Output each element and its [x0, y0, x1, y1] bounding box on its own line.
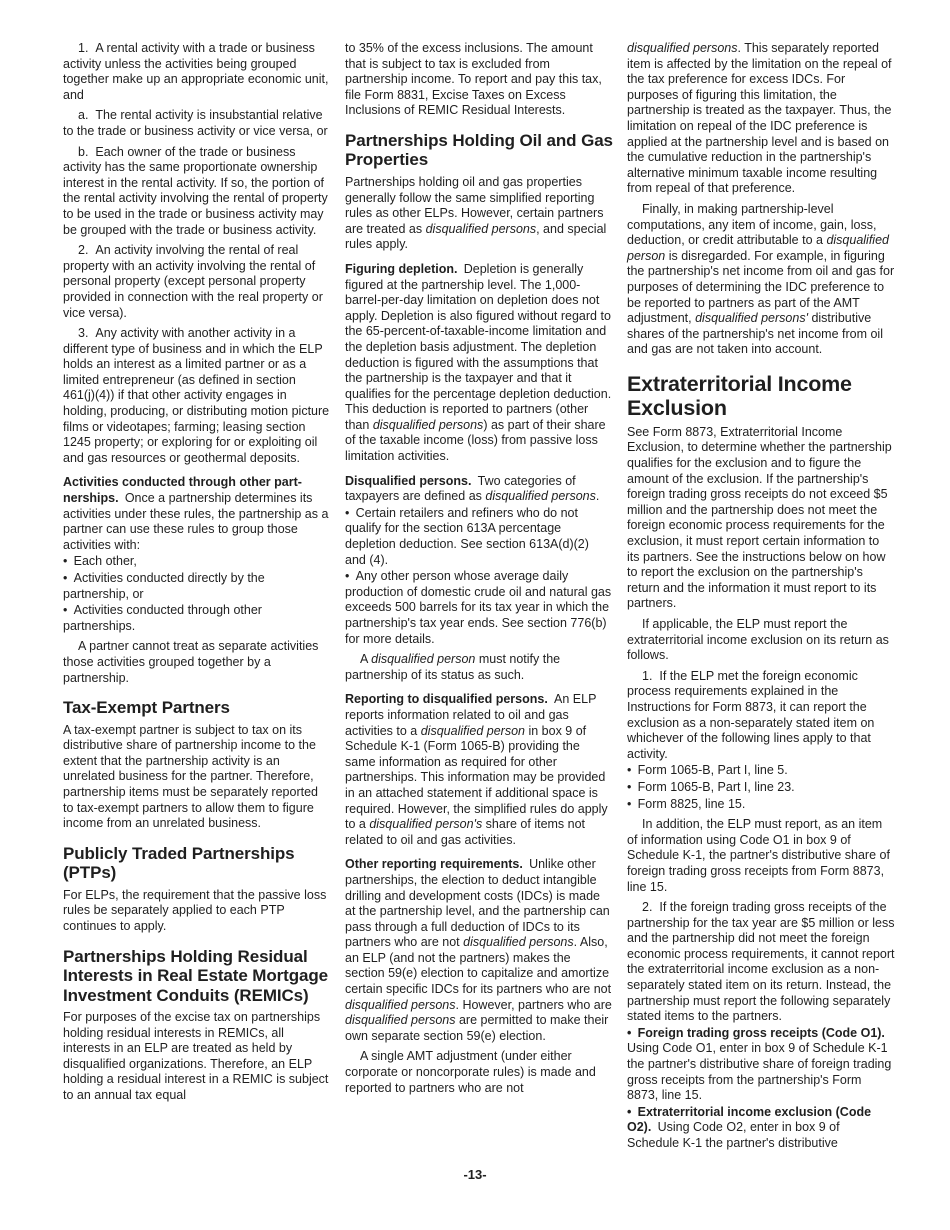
bullet-item: • Extraterritorial income exclusion (Cod…	[627, 1105, 895, 1152]
paragraph: Finally, in making partnership-level com…	[627, 202, 895, 358]
bullet-marker-icon: •	[345, 506, 356, 520]
paragraph: 1. If the ELP met the foreign economic p…	[627, 669, 895, 763]
text-run: Publicly Traded Partnerships (PTPs)	[63, 844, 295, 883]
text-run: 2. An activity involving the rental of r…	[63, 243, 323, 319]
text-run: disqualified persons'	[695, 311, 808, 325]
text-run: Figuring depletion.	[345, 262, 464, 276]
paragraph: disqualified persons. This separately re…	[627, 41, 895, 197]
text-run: in box 9 of Schedule K-1 (Form 1065-B) p…	[345, 724, 608, 832]
paragraph: to 35% of the excess inclusions. The amo…	[345, 41, 613, 119]
text-run: a. The rental activity is insubstantial …	[63, 108, 328, 138]
content-columns: 1. A rental activity with a trade or bus…	[63, 41, 895, 1152]
text-run: 2. If the foreign trading gross receipts…	[627, 900, 895, 1023]
text-run: 3. Any activity with another activity in…	[63, 326, 329, 465]
text-run: disqualified person's	[369, 817, 482, 831]
paragraph: For purposes of the excise tax on partne…	[63, 1010, 331, 1104]
document-page: 1. A rental activity with a trade or bus…	[0, 0, 950, 1230]
text-run: Foreign trading gross receipts (Code O1)…	[638, 1026, 892, 1040]
paragraph: 1. A rental activity with a trade or bus…	[63, 41, 331, 103]
bullet-marker-icon: •	[345, 569, 356, 583]
paragraph: 3. Any activity with another activity in…	[63, 326, 331, 466]
bullet-item: • Form 8825, line 15.	[627, 797, 895, 813]
paragraph: In addition, the ELP must report, as an …	[627, 817, 895, 895]
text-run: For purposes of the excise tax on partne…	[63, 1010, 328, 1102]
bullet-item: • Form 1065-B, Part I, line 23.	[627, 780, 895, 796]
text-run: Activities conducted through other partn…	[63, 603, 262, 633]
text-run: Activities conducted directly by the par…	[63, 571, 265, 601]
section-heading: Publicly Traded Partnerships (PTPs)	[63, 844, 331, 883]
column-3: disqualified persons. This separately re…	[627, 41, 895, 1152]
major-heading: Extraterritorial Income Exclusion	[627, 372, 895, 420]
text-run: Other reporting requirements.	[345, 857, 529, 871]
paragraph: A disqualified person must notify the pa…	[345, 652, 613, 683]
text-run: Tax-Exempt Partners	[63, 698, 230, 717]
text-run: b. Each owner of the trade or business a…	[63, 145, 328, 237]
text-run: disqualified persons	[345, 998, 456, 1012]
text-run: See Form 8873, Extraterritorial Income E…	[627, 425, 892, 611]
bullet-item: • Any other person whose average daily p…	[345, 569, 613, 647]
paragraph: A tax-exempt partner is subject to tax o…	[63, 723, 331, 832]
text-run: A single AMT adjustment (under either co…	[345, 1049, 596, 1094]
text-run: .	[596, 489, 599, 503]
text-run: If applicable, the ELP must report the e…	[627, 617, 889, 662]
paragraph: 2. An activity involving the rental of r…	[63, 243, 331, 321]
text-run: 1. A rental activity with a trade or bus…	[63, 41, 328, 102]
text-run: disqualified persons	[485, 489, 596, 503]
bullet-marker-icon: •	[63, 554, 74, 568]
paragraph: See Form 8873, Extraterritorial Income E…	[627, 425, 895, 612]
column-2: to 35% of the excess inclusions. The amo…	[345, 41, 613, 1152]
text-run: Partnerships Holding Residual Interests …	[63, 947, 328, 1005]
text-run: to 35% of the excess inclusions. The amo…	[345, 41, 602, 117]
paragraph: Reporting to disqualified persons. An EL…	[345, 692, 613, 848]
bullet-item: • Foreign trading gross receipts (Code O…	[627, 1026, 895, 1104]
text-run: disqualified persons	[426, 222, 537, 236]
section-heading: Tax-Exempt Partners	[63, 698, 331, 718]
paragraph: Activities conducted through other part-…	[63, 475, 331, 553]
text-run: Reporting to disqualified persons.	[345, 692, 554, 706]
paragraph: If applicable, the ELP must report the e…	[627, 617, 895, 664]
text-run: Depletion is generally figured at the pa…	[345, 262, 611, 432]
text-run: disqualified person	[421, 724, 525, 738]
paragraph: Figuring depletion. Depletion is general…	[345, 262, 613, 465]
text-run: A	[360, 652, 371, 666]
bullet-marker-icon: •	[63, 571, 74, 585]
text-run: disqualified persons	[373, 418, 484, 432]
bullet-item: • Each other,	[63, 554, 331, 570]
section-heading: Partnerships Holding Residual Interests …	[63, 947, 331, 1006]
text-run: Any other person whose average daily pro…	[345, 569, 611, 645]
page-number: -13-	[0, 1167, 950, 1182]
bullet-marker-icon: •	[63, 603, 74, 617]
text-run: Form 1065-B, Part I, line 23.	[638, 780, 795, 794]
text-run: Using Code O2, enter in box 9 of Schedul…	[627, 1120, 840, 1150]
text-run: Certain retailers and refiners who do no…	[345, 506, 589, 567]
paragraph: Disqualified persons. Two categories of …	[345, 474, 613, 505]
paragraph: A partner cannot treat as separate activ…	[63, 639, 331, 686]
text-run: Each other,	[74, 554, 137, 568]
paragraph: b. Each owner of the trade or business a…	[63, 145, 331, 239]
text-run: Form 8825, line 15.	[638, 797, 746, 811]
text-run: Partnerships Holding Oil and Gas Propert…	[345, 131, 613, 170]
bullet-item: • Activities conducted directly by the p…	[63, 571, 331, 602]
bullet-item: • Form 1065-B, Part I, line 5.	[627, 763, 895, 779]
text-run: In addition, the ELP must report, as an …	[627, 817, 890, 893]
text-run: A partner cannot treat as separate activ…	[63, 639, 318, 684]
paragraph: Other reporting requirements. Unlike oth…	[345, 857, 613, 1044]
text-run: Using Code O1, enter in box 9 of Schedul…	[627, 1041, 891, 1102]
text-run: 1. If the ELP met the foreign economic p…	[627, 669, 874, 761]
text-run: disqualified persons	[463, 935, 574, 949]
text-run: Extraterritorial Income Exclusion	[627, 372, 852, 420]
bullet-marker-icon: •	[627, 763, 638, 777]
text-run: disqualified persons	[627, 41, 738, 55]
text-run: Form 1065-B, Part I, line 5.	[638, 763, 788, 777]
bullet-marker-icon: •	[627, 1105, 638, 1119]
paragraph: Partnerships holding oil and gas propert…	[345, 175, 613, 253]
text-run: A tax-exempt partner is subject to tax o…	[63, 723, 318, 831]
text-run: disqualified persons	[345, 1013, 456, 1027]
bullet-marker-icon: •	[627, 1026, 638, 1040]
bullet-marker-icon: •	[627, 780, 638, 794]
bullet-item: • Activities conducted through other par…	[63, 603, 331, 634]
bullet-item: • Certain retailers and refiners who do …	[345, 506, 613, 568]
paragraph: For ELPs, the requirement that the passi…	[63, 888, 331, 935]
text-run: For ELPs, the requirement that the passi…	[63, 888, 326, 933]
text-run: Disqualified persons.	[345, 474, 478, 488]
text-run: disqualified person	[371, 652, 475, 666]
paragraph: a. The rental activity is insubstantial …	[63, 108, 331, 139]
column-1: 1. A rental activity with a trade or bus…	[63, 41, 331, 1152]
section-heading: Partnerships Holding Oil and Gas Propert…	[345, 131, 613, 170]
paragraph: A single AMT adjustment (under either co…	[345, 1049, 613, 1096]
bullet-marker-icon: •	[627, 797, 638, 811]
text-run: . This separately reported item is affec…	[627, 41, 892, 195]
text-run: . However, partners who are	[456, 998, 612, 1012]
paragraph: 2. If the foreign trading gross receipts…	[627, 900, 895, 1025]
